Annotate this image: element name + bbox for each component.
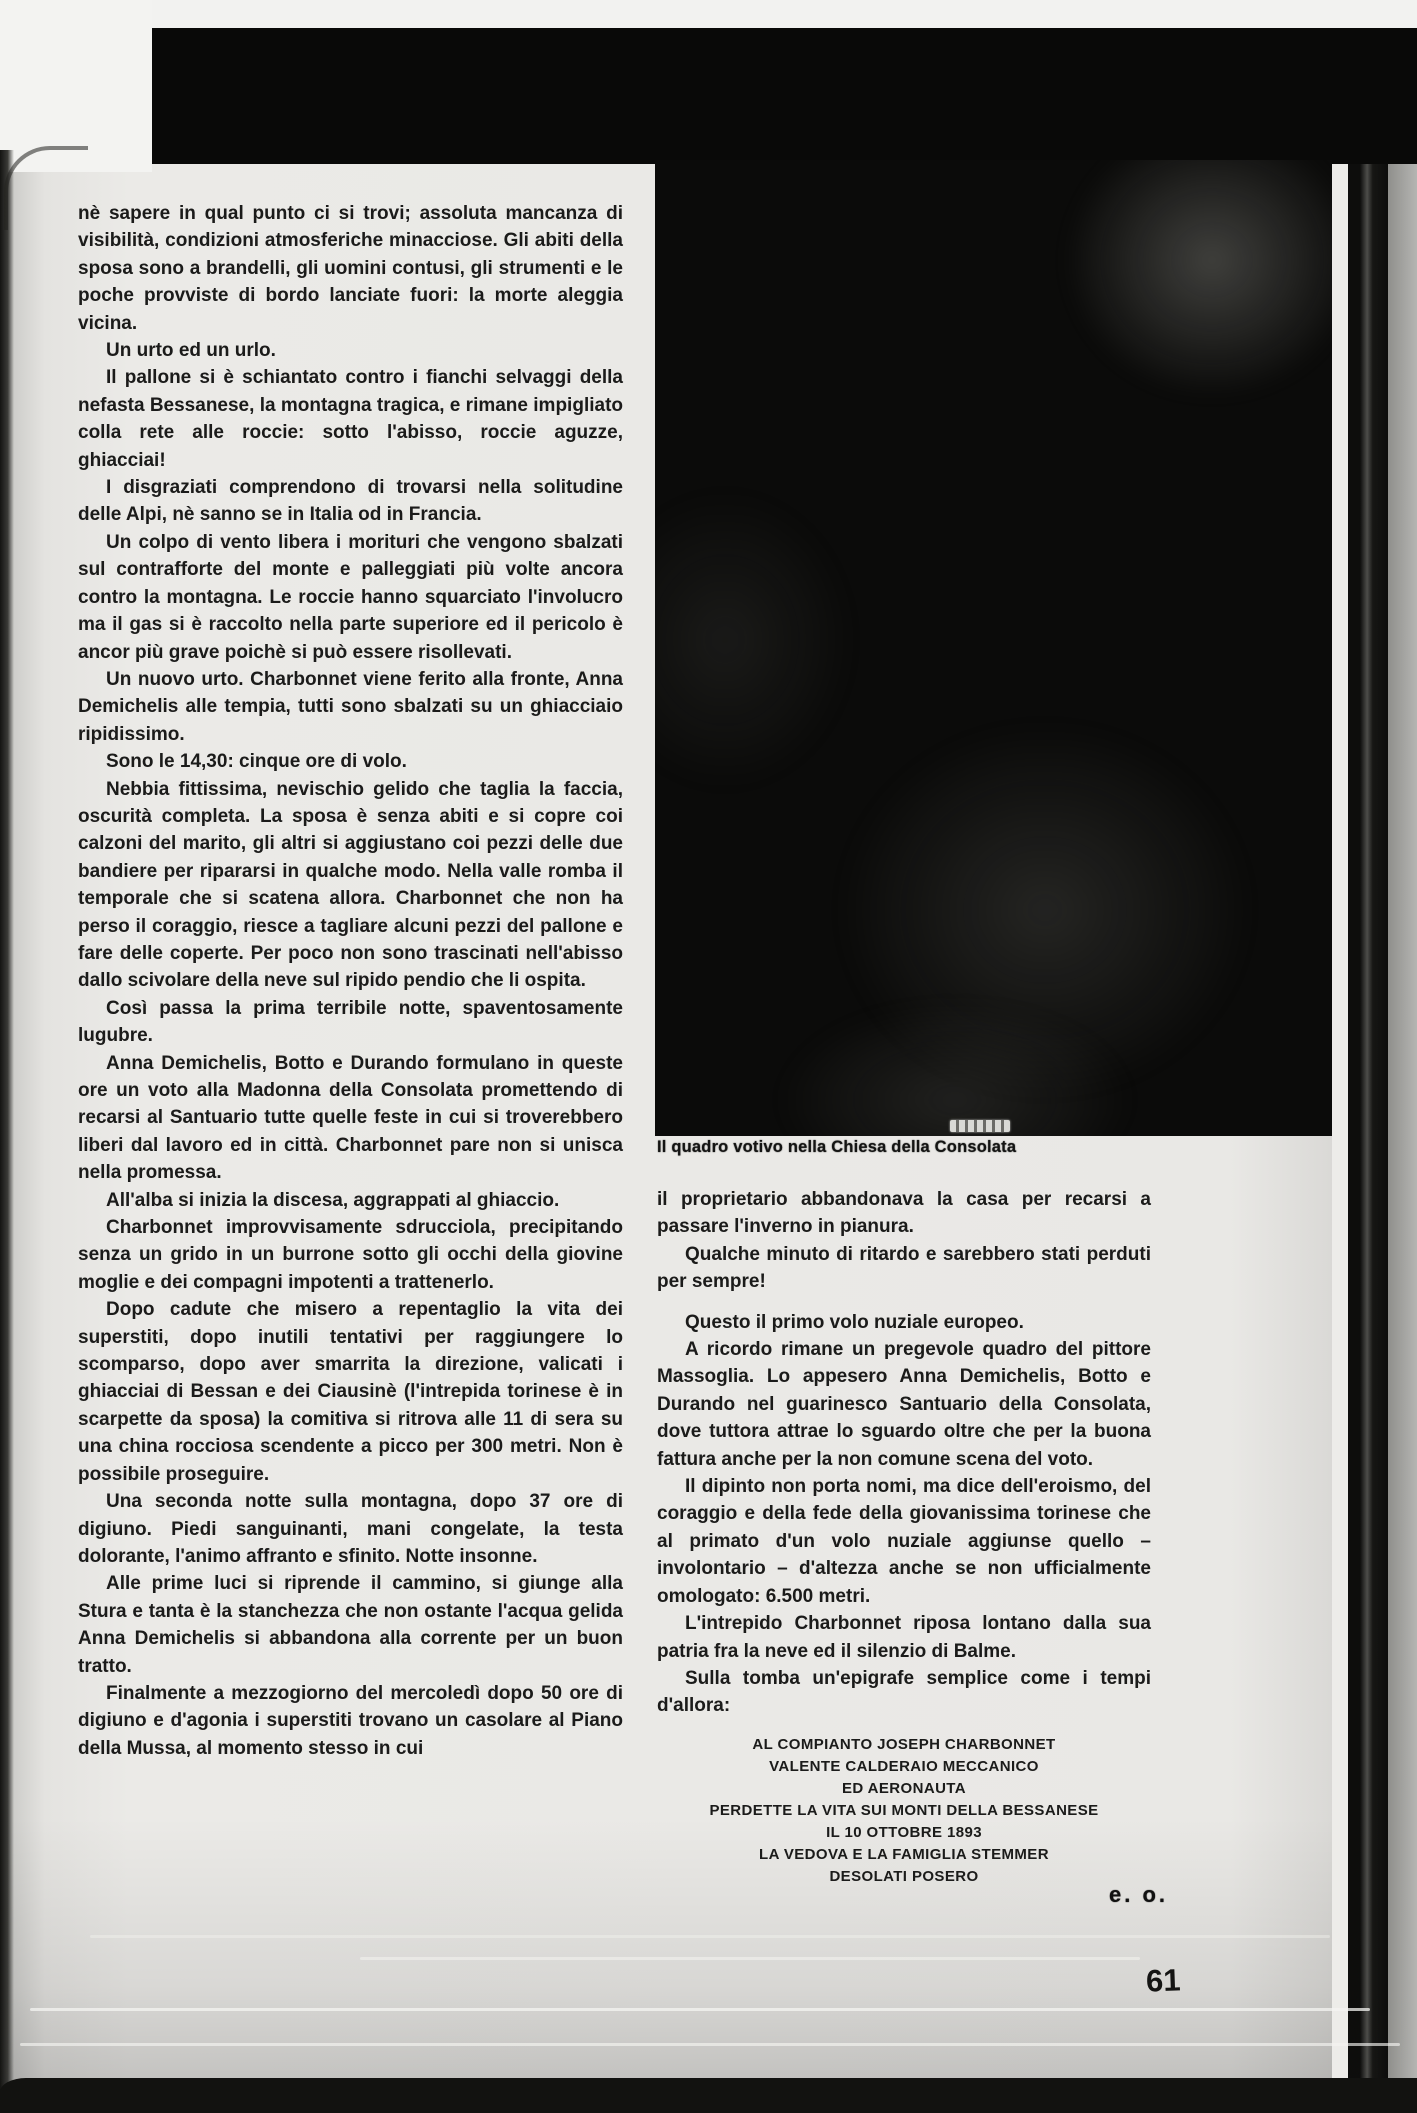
scan-artifact-line <box>30 2008 1370 2011</box>
scan-edge-right-dark <box>1348 152 1388 2113</box>
scan-edge-bottom <box>0 2078 1417 2113</box>
epitaph-block: AL COMPIANTO JOSEPH CHARBONNETVALENTE CA… <box>657 1734 1151 1888</box>
left-text-column: nè sapere in qual punto ci si trovi; ass… <box>78 200 623 1762</box>
article-paragraph: Sulla tomba un'epigrafe semplice come i … <box>657 1665 1151 1720</box>
epitaph-line: PERDETTE LA VITA SUI MONTI DELLA BESSANE… <box>657 1800 1151 1822</box>
article-paragraph: All'alba si inizia la discesa, aggrappat… <box>78 1187 623 1214</box>
article-paragraph: Il dipinto non porta nomi, ma dice dell'… <box>657 1473 1151 1610</box>
article-paragraph: Così passa la prima terribile notte, spa… <box>78 995 623 1050</box>
article-paragraph: Sono le 14,30: cinque ore di volo. <box>78 748 623 775</box>
article-paragraph: Nebbia fittissima, nevischio gelido che … <box>78 776 623 995</box>
scan-edge-right-outer <box>1388 164 1417 2113</box>
article-paragraph: A ricordo rimane un pregevole quadro del… <box>657 1336 1151 1473</box>
scan-top-margin <box>0 0 1417 28</box>
article-paragraph: Charbonnet improvvisamente sdrucciola, p… <box>78 1214 623 1296</box>
article-paragraph: Questo il primo volo nuziale europeo. <box>657 1309 1151 1336</box>
epitaph-line: VALENTE CALDERAIO MECCANICO <box>657 1756 1151 1778</box>
page-corner-curve <box>4 146 88 230</box>
scan-edge-left <box>0 150 14 2113</box>
right-text-column: il proprietario abbandonava la casa per … <box>657 1186 1151 1720</box>
article-paragraph: Dopo cadute che misero a repentaglio la … <box>78 1296 623 1488</box>
article-paragraph: Una seconda notte sulla montagna, dopo 3… <box>78 1488 623 1570</box>
scan-artifact-line <box>90 1935 1330 1938</box>
article-paragraph: Qualche minuto di ritardo e sarebbero st… <box>657 1241 1151 1296</box>
article-paragraph: I disgraziati comprendono di trovarsi ne… <box>78 474 623 529</box>
article-paragraph: Il pallone si è schiantato contro i fian… <box>78 364 623 474</box>
scan-right-paper-strip <box>1332 164 1348 2113</box>
article-paragraph: Alle prime luci si riprende il cammino, … <box>78 1570 623 1680</box>
epitaph-line: ED AERONAUTA <box>657 1778 1151 1800</box>
article-paragraph: Un nuovo urto. Charbonnet viene ferito a… <box>78 666 623 748</box>
article-paragraph: il proprietario abbandonava la casa per … <box>657 1186 1151 1241</box>
photo-caption: Il quadro votivo nella Chiesa della Cons… <box>657 1138 1177 1157</box>
article-paragraph: Anna Demichelis, Botto e Durando formula… <box>78 1050 623 1187</box>
scan-artifact-line <box>360 1957 1140 1960</box>
scan-artifact-line <box>20 2043 1400 2046</box>
article-paragraph: Un urto ed un urlo. <box>78 337 623 364</box>
votive-painting-photo <box>655 160 1332 1136</box>
photo-scratch-highlight <box>950 1120 1010 1132</box>
author-initials: e. o. <box>1000 1882 1168 1908</box>
page-number: 61 <box>1145 1962 1181 1999</box>
article-paragraph: L'intrepido Charbonnet riposa lontano da… <box>657 1610 1151 1665</box>
epitaph-line: AL COMPIANTO JOSEPH CHARBONNET <box>657 1734 1151 1756</box>
article-paragraph: nè sapere in qual punto ci si trovi; ass… <box>78 200 623 337</box>
article-paragraph: Finalmente a mezzogiorno del mercoledì d… <box>78 1680 623 1762</box>
epitaph-line: LA VEDOVA E LA FAMIGLIA STEMMER <box>657 1844 1151 1866</box>
scanned-magazine-page: nè sapere in qual punto ci si trovi; ass… <box>0 0 1417 2113</box>
article-paragraph: Un colpo di vento libera i morituri che … <box>78 529 623 666</box>
header-black-band <box>152 28 1417 164</box>
photo-texture <box>655 490 855 790</box>
photo-texture <box>1062 160 1332 400</box>
epitaph-line: IL 10 OTTOBRE 1893 <box>657 1822 1151 1844</box>
